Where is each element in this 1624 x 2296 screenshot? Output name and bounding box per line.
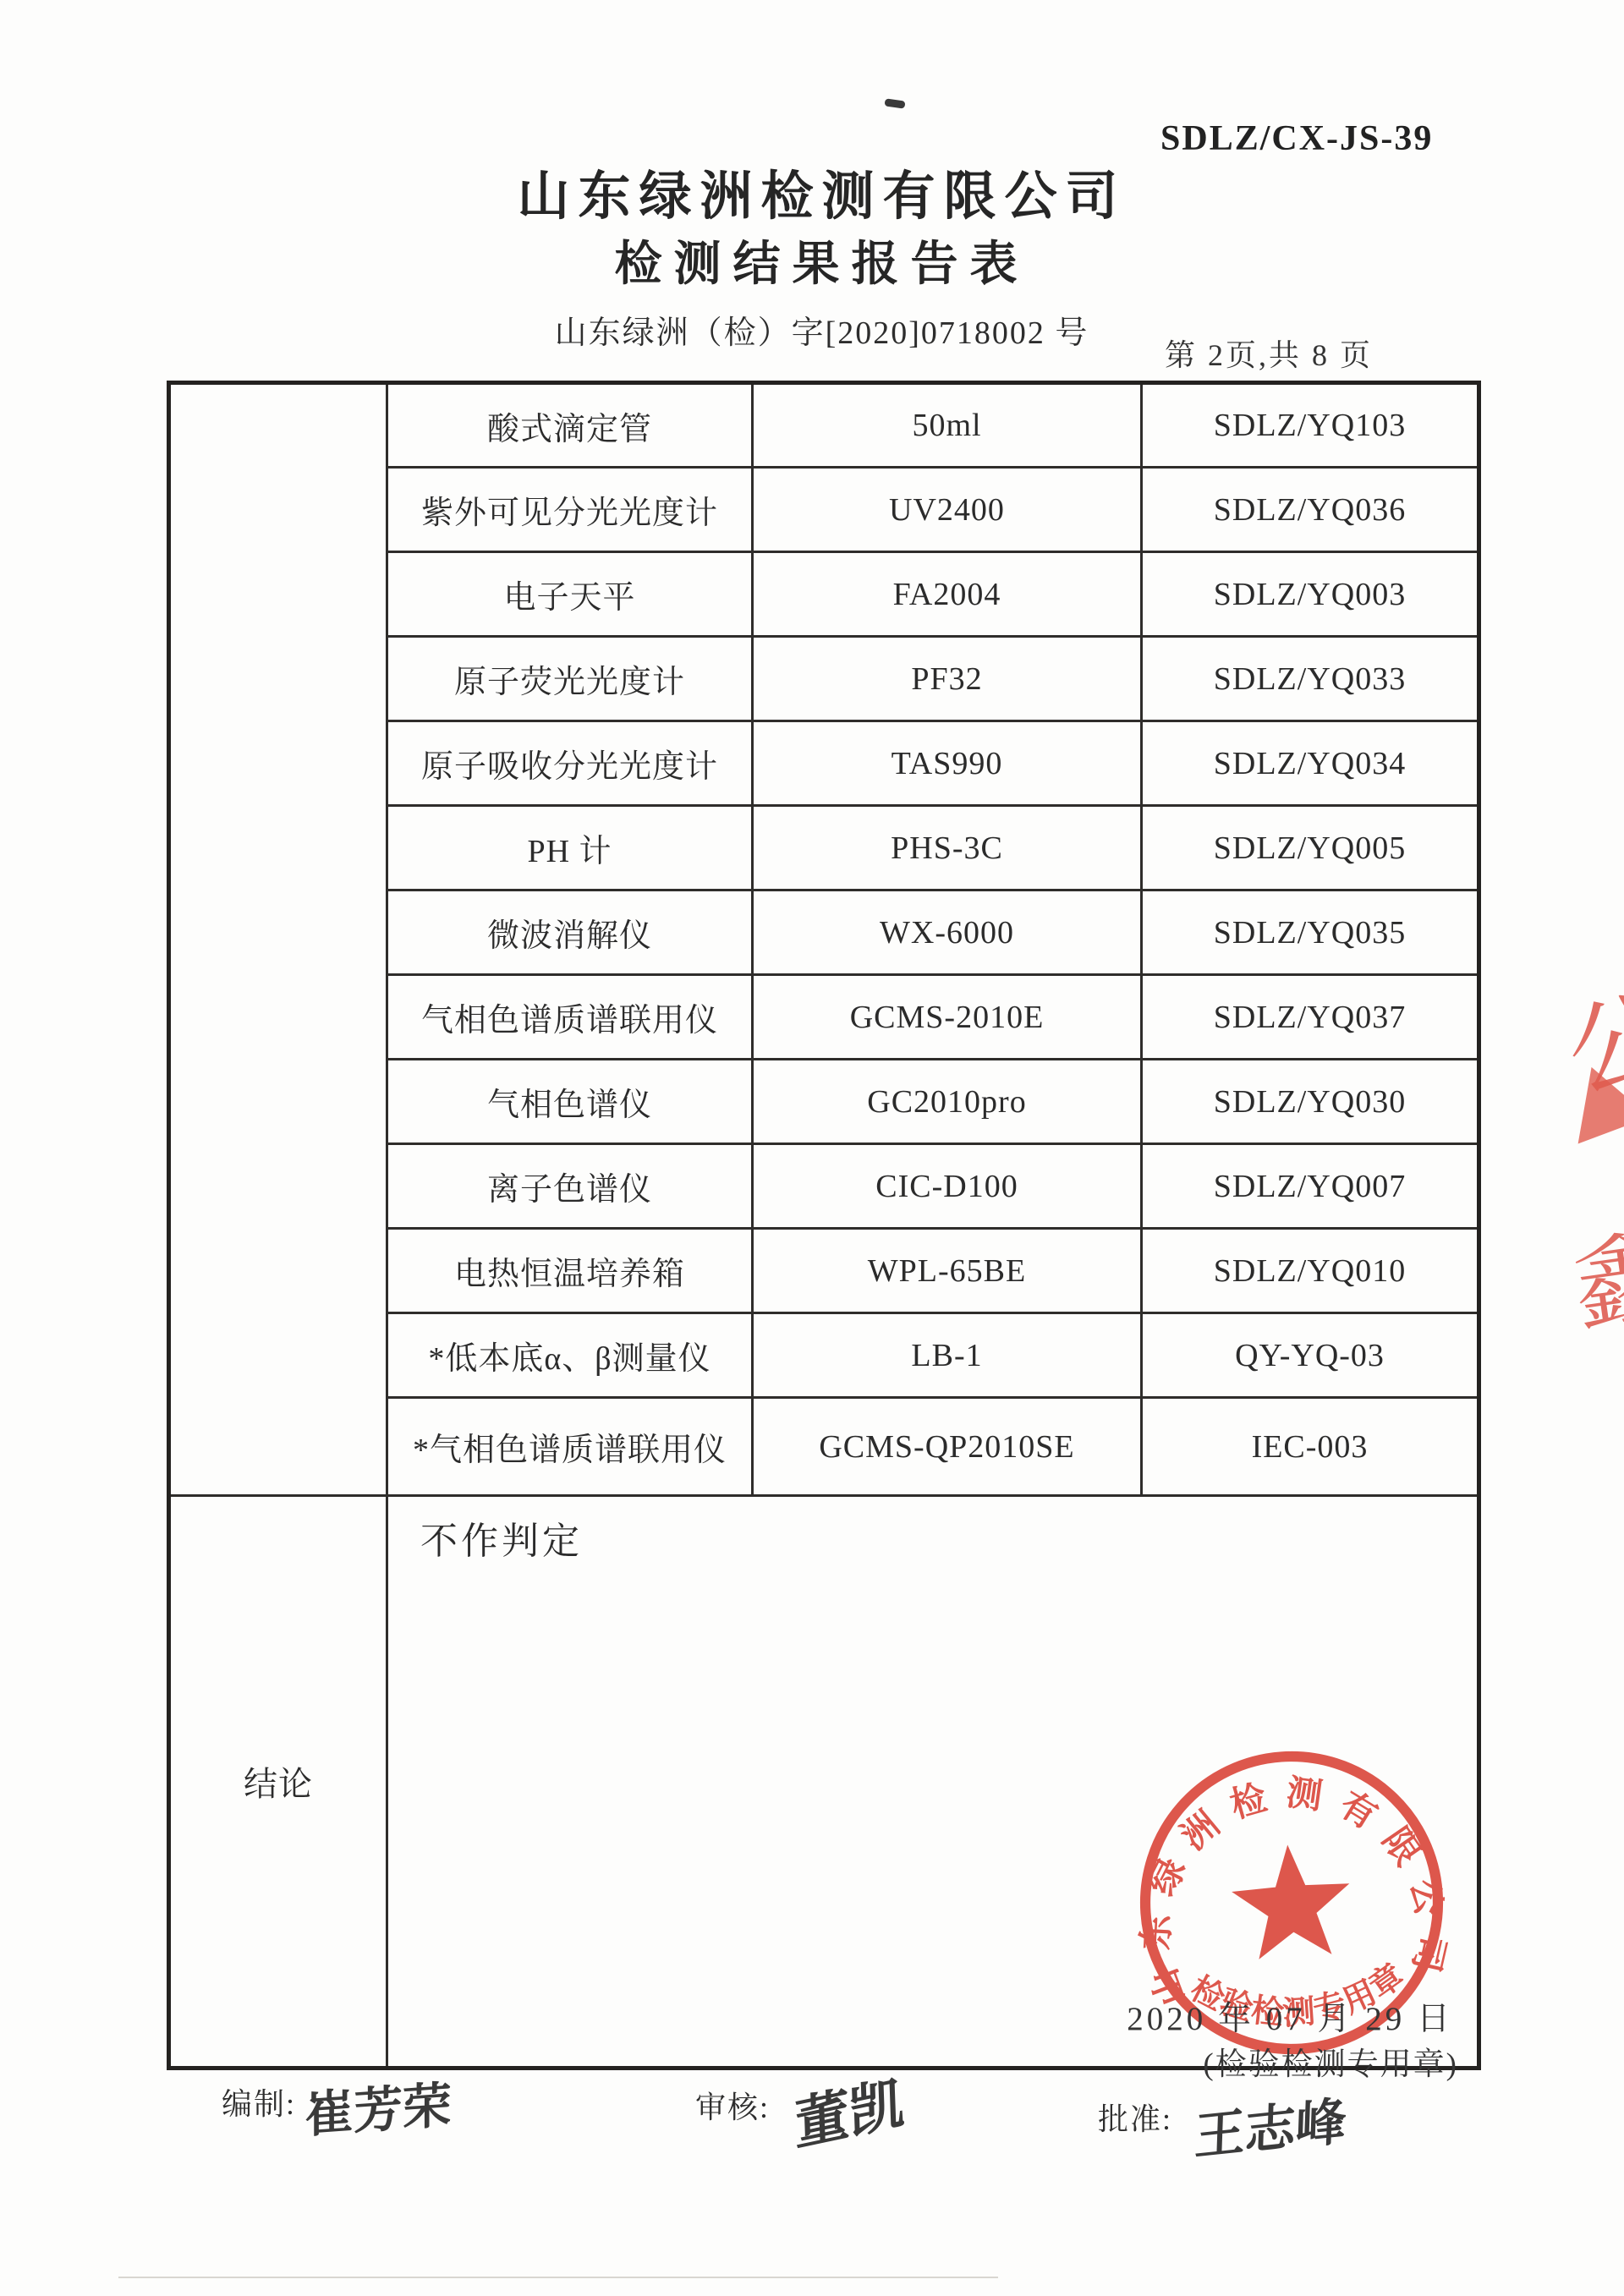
equipment-name-cell: 气相色谱仪 — [387, 1060, 753, 1144]
signature-footer: 编制: 崔芳荣 审核: 董凯 批准: 王志峰 — [0, 2070, 1624, 2290]
equipment-name-cell: 微波消解仪 — [387, 890, 753, 975]
company-title: 山东绿洲检测有限公司 — [167, 166, 1477, 228]
left-empty-cell — [169, 383, 387, 1496]
equipment-model-cell: GCMS-QP2010SE — [753, 1398, 1142, 1496]
equipment-id-cell: SDLZ/YQ036 — [1142, 468, 1479, 552]
equipment-model-cell: GC2010pro — [753, 1060, 1142, 1144]
equipment-id-cell: IEC-003 — [1142, 1398, 1479, 1496]
equipment-model-cell: WPL-65BE — [753, 1229, 1142, 1313]
edge-stamp-fragments: 公 鑫 — [1522, 930, 1624, 1370]
prepared-signature: 崔芳荣 — [304, 2065, 452, 2146]
prepared-group: 编制: 崔芳荣 — [222, 2070, 452, 2141]
equipment-model-cell: CIC-D100 — [753, 1144, 1142, 1229]
equipment-name-cell: 电热恒温培养箱 — [387, 1229, 753, 1313]
equipment-id-cell: SDLZ/YQ003 — [1142, 552, 1479, 637]
equipment-model-cell: PF32 — [753, 637, 1142, 721]
star-icon — [1229, 1841, 1354, 1961]
equipment-model-cell: GCMS-2010E — [753, 975, 1142, 1060]
edge-stamp-fragment: 鑫 — [1564, 1195, 1624, 1351]
equipment-name-cell: 气相色谱质谱联用仪 — [387, 975, 753, 1060]
title-block: 山东绿洲检测有限公司 检测结果报告表 山东绿洲（检）字[2020]0718002… — [167, 166, 1477, 353]
equipment-model-cell: PHS-3C — [753, 806, 1142, 890]
equipment-name-cell: PH 计 — [387, 806, 753, 890]
conclusion-body-cell: 不作判定 山东绿洲检测有限公司 — [387, 1496, 1479, 2069]
equipment-name-cell: 原子吸收分光光度计 — [387, 721, 753, 806]
seal-company-arc-text: 山东绿洲检测有限公司 — [1125, 1762, 1457, 2012]
prepared-label: 编制: — [222, 2070, 296, 2123]
equipment-model-cell: UV2400 — [753, 468, 1142, 552]
conclusion-section: 结论 不作判定 山东绿洲检测有限公司 — [169, 1496, 1479, 2069]
equipment-id-cell: SDLZ/YQ033 — [1142, 637, 1479, 721]
equipment-id-cell: SDLZ/YQ007 — [1142, 1144, 1479, 1229]
equipment-table: 酸式滴定管50mlSDLZ/YQ103紫外可见分光光度计UV2400SDLZ/Y… — [167, 381, 1481, 2070]
conclusion-row: 结论 不作判定 山东绿洲检测有限公司 — [169, 1496, 1479, 2069]
conclusion-label-cell: 结论 — [169, 1496, 387, 2069]
doc-code: SDLZ/CX-JS-39 — [1160, 118, 1433, 159]
equipment-id-cell: SDLZ/YQ010 — [1142, 1229, 1479, 1313]
equipment-id-cell: SDLZ/YQ037 — [1142, 975, 1479, 1060]
equipment-model-cell: FA2004 — [753, 552, 1142, 637]
equipment-name-cell: 酸式滴定管 — [387, 383, 753, 468]
approved-signature: 王志峰 — [1193, 2080, 1347, 2170]
equipment-model-cell: WX-6000 — [753, 890, 1142, 975]
equipment-name-cell: *气相色谱质谱联用仪 — [387, 1398, 753, 1496]
equipment-id-cell: SDLZ/YQ103 — [1142, 383, 1479, 468]
reviewed-signature: 董凯 — [793, 2057, 905, 2162]
equipment-id-cell: SDLZ/YQ035 — [1142, 890, 1479, 975]
conclusion-text: 不作判定 — [420, 1510, 583, 1564]
scanned-report-page: SDLZ/CX-JS-39 山东绿洲检测有限公司 检测结果报告表 山东绿洲（检）… — [0, 0, 1624, 2296]
equipment-model-cell: 50ml — [753, 383, 1142, 468]
equipment-id-cell: QY-YQ-03 — [1142, 1313, 1479, 1398]
table-row: 酸式滴定管50mlSDLZ/YQ103 — [169, 383, 1479, 468]
equipment-id-cell: SDLZ/YQ034 — [1142, 721, 1479, 806]
equipment-name-cell: *低本底α、β测量仪 — [387, 1313, 753, 1398]
equipment-name-cell: 紫外可见分光光度计 — [387, 468, 753, 552]
equipment-name-cell: 原子荧光光度计 — [387, 637, 753, 721]
equipment-model-cell: LB-1 — [753, 1313, 1142, 1398]
approved-label: 批准: — [1098, 2085, 1172, 2139]
reviewed-group: 审核: 董凯 — [695, 2074, 905, 2149]
reviewed-label: 审核: — [695, 2074, 770, 2127]
equipment-id-cell: SDLZ/YQ005 — [1142, 806, 1479, 890]
scan-artifact-speck — [884, 98, 905, 108]
stamp-date: 2020 年 07 月 29 日 — [1127, 1992, 1453, 2040]
scan-artifact-line — [118, 2277, 998, 2278]
report-title: 检测结果报告表 — [167, 235, 1477, 294]
approved-group: 批准: 王志峰 — [1098, 2085, 1347, 2162]
page-indicator: 第 2页,共 8 页 — [1125, 332, 1413, 375]
equipment-id-cell: SDLZ/YQ030 — [1142, 1060, 1479, 1144]
equipment-model-cell: TAS990 — [753, 721, 1142, 806]
equipment-rows: 酸式滴定管50mlSDLZ/YQ103紫外可见分光光度计UV2400SDLZ/Y… — [169, 383, 1479, 1496]
equipment-name-cell: 电子天平 — [387, 552, 753, 637]
equipment-name-cell: 离子色谱仪 — [387, 1144, 753, 1229]
